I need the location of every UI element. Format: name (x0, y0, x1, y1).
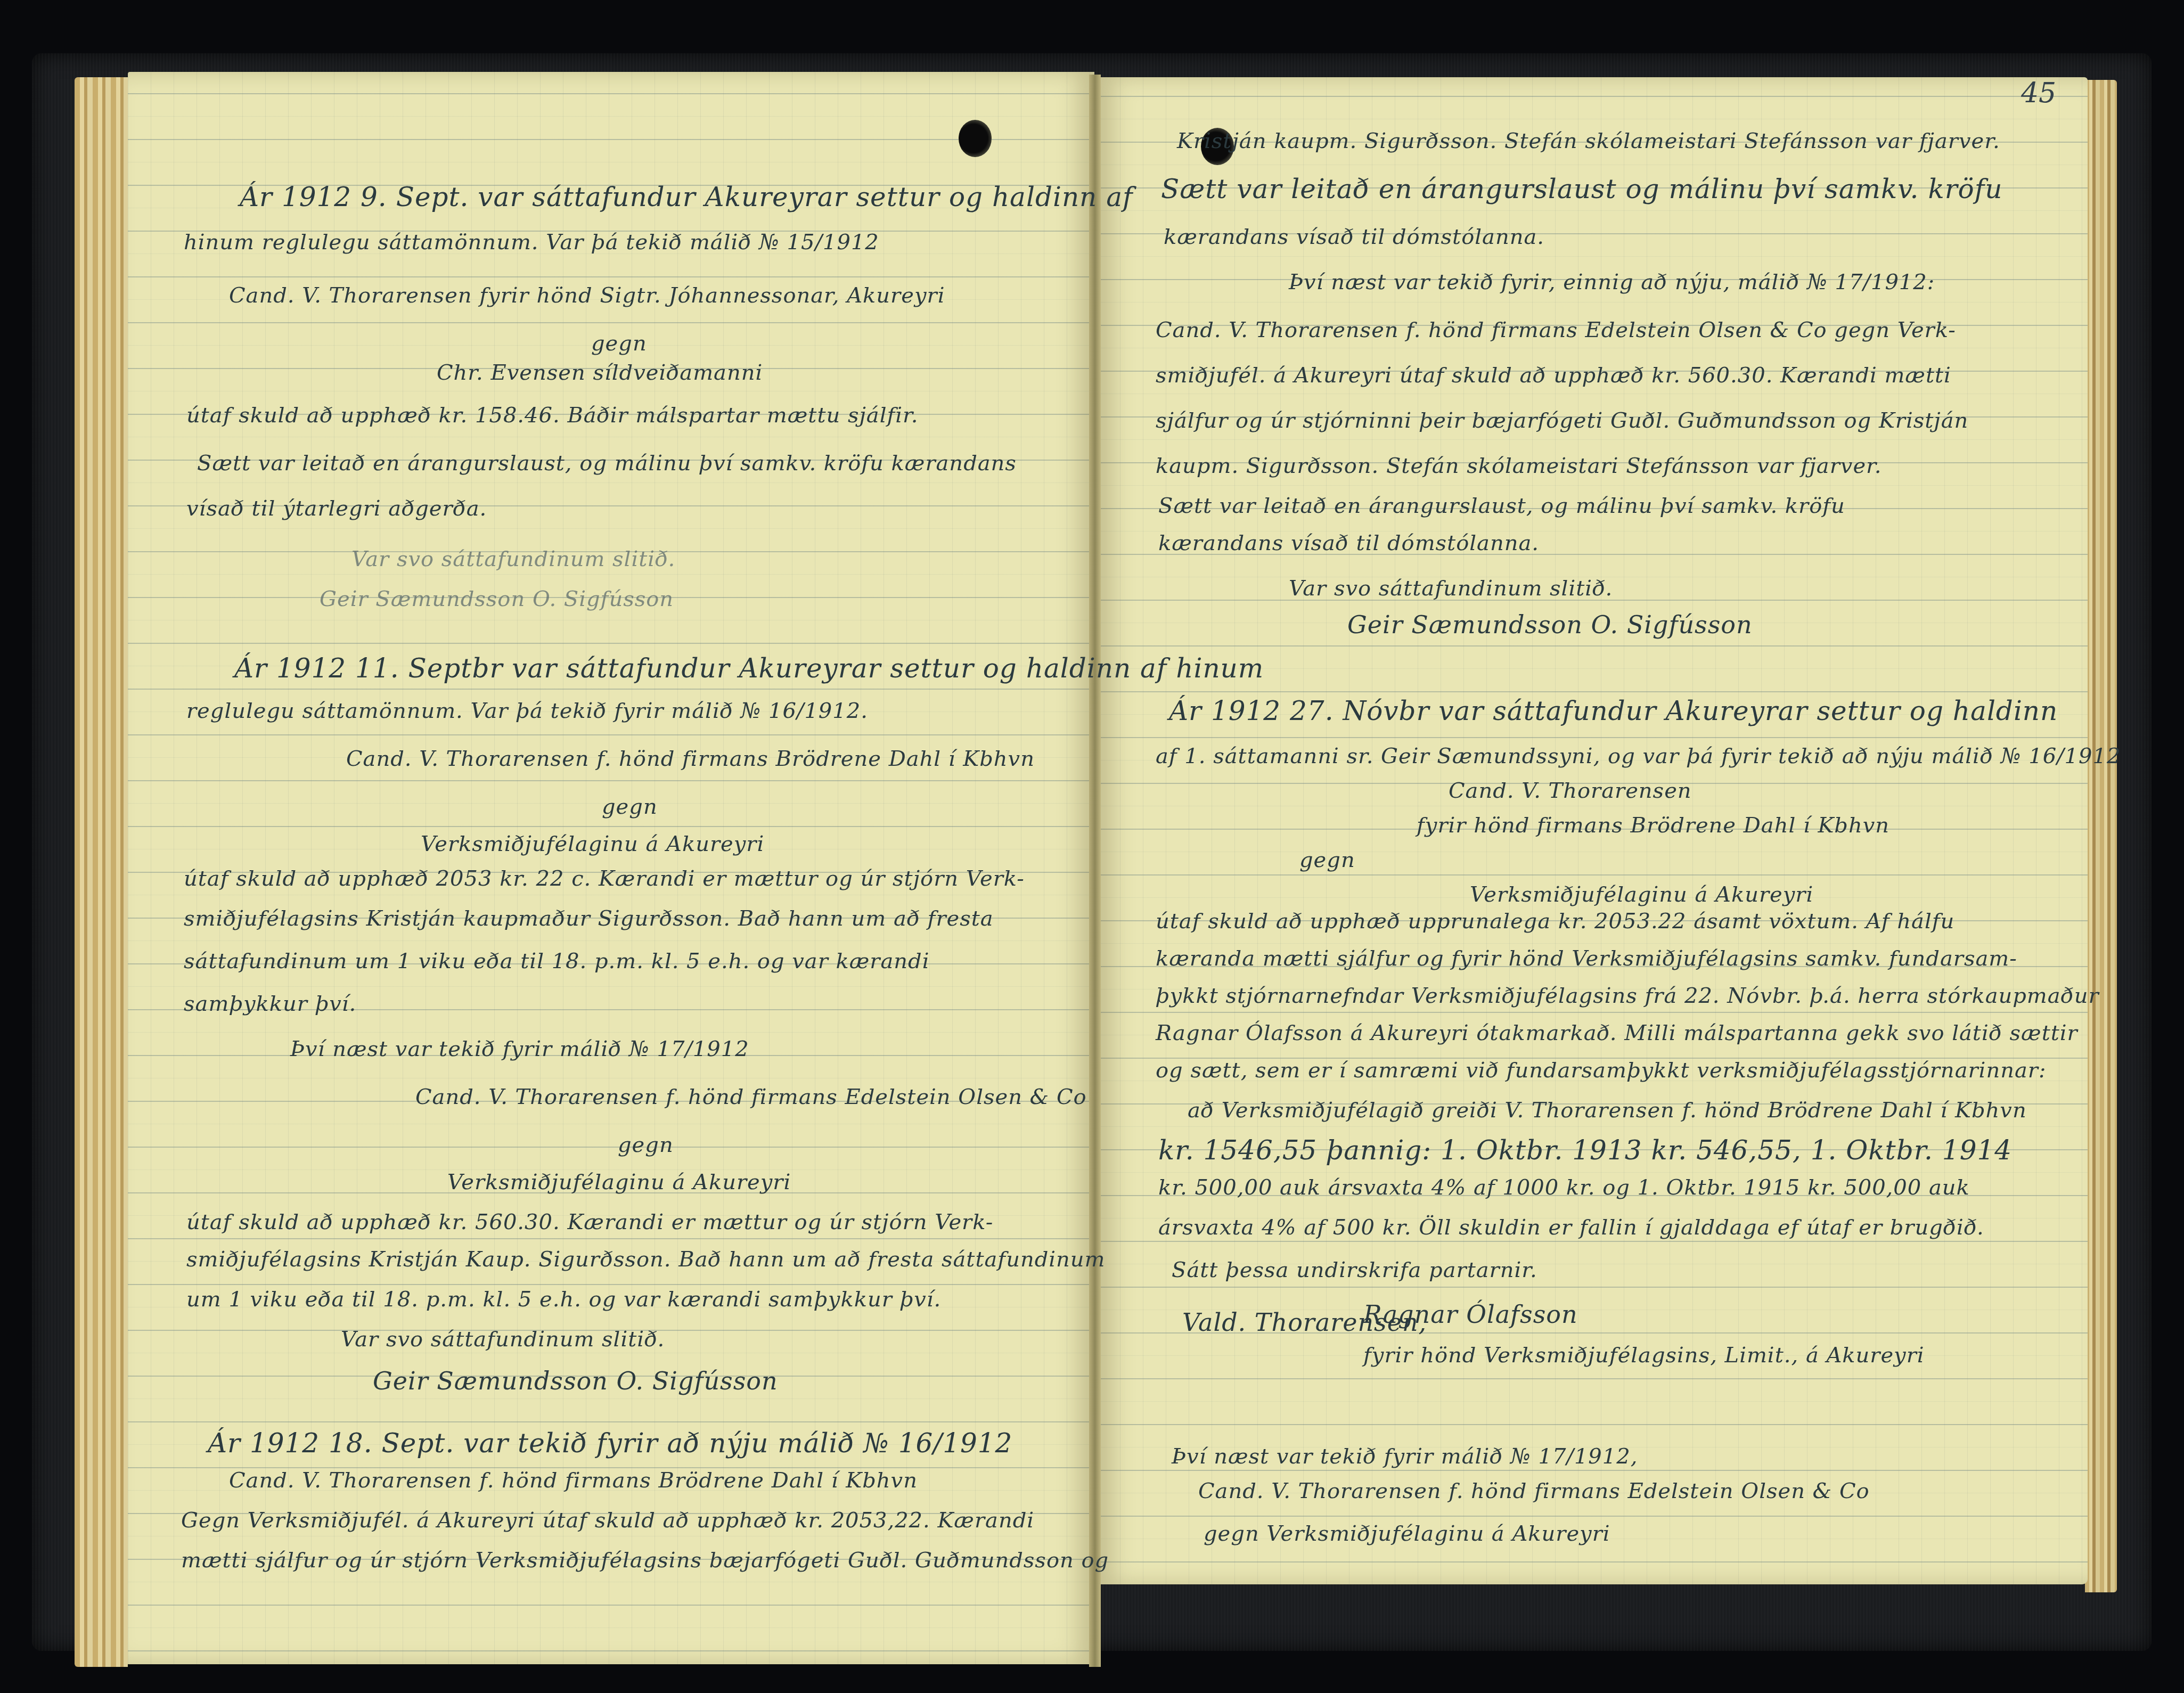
handwritten-line: Ár 1912 18. Sept. var tekið fyrir að nýj… (208, 1430, 1012, 1457)
handwritten-line: Sætt var leitað en árangurslaust og máli… (1161, 176, 2002, 202)
handwritten-line: ársvaxta 4% af 500 kr. Öll skuldin er fa… (1158, 1217, 1984, 1238)
handwritten-line: smiðjufélagsins Kristján Kaup. Sigurðsso… (186, 1249, 1106, 1270)
handwritten-line: kaupm. Sigurðsson. Stefán skólameistari … (1156, 455, 1882, 477)
handwritten-line: mætti sjálfur og úr stjórn Verksmiðjufél… (181, 1550, 1109, 1571)
handwritten-line: Sætt var leitað en árangurslaust, og mál… (1158, 495, 1845, 517)
handwritten-line: þykkt stjórnarnefndar Verksmiðjufélagsin… (1156, 985, 2099, 1007)
handwritten-line: Geir Sæmundsson O. Sigfússon (320, 588, 674, 610)
punch-hole-left (959, 120, 992, 157)
handwritten-line: Var svo sáttafundinum slitið. (341, 1329, 665, 1350)
handwritten-line: Gegn Verksmiðjufél. á Akureyri útaf skul… (181, 1510, 1034, 1531)
handwritten-line: Cand. V. Thorarensen f. hönd firmans Brö… (346, 748, 1035, 770)
handwritten-line: kærandans vísað til dómstólanna. (1158, 533, 1539, 554)
handwritten-line: gegn (618, 1134, 674, 1156)
handwritten-line: Ár 1912 9. Sept. var sáttafundur Akureyr… (240, 184, 1133, 210)
handwritten-line: kærandans vísað til dómstólanna. (1164, 226, 1544, 248)
handwritten-line: sjálfur og úr stjórninni þeir bæjarfóget… (1156, 410, 1968, 431)
page-edges-right (2085, 80, 2117, 1592)
signature-line: Ragnar Ólafsson (1363, 1302, 1578, 1327)
handwritten-line: og sætt, sem er í samræmi við fundarsamþ… (1156, 1060, 2046, 1081)
handwritten-line: reglulegu sáttamönnum. Var þá tekið fyri… (186, 700, 868, 722)
handwritten-line: útaf skuld að upphæð 2053 kr. 22 c. Kæra… (184, 868, 1025, 889)
page-number: 45 (2021, 77, 2056, 109)
handwritten-line: Cand. V. Thorarensen f. hönd firmans Brö… (229, 1470, 918, 1491)
handwritten-line: Því næst var tekið fyrir, einnig að nýju… (1289, 272, 1935, 293)
book-gutter (1089, 75, 1101, 1667)
handwritten-line: Ár 1912 27. Nóvbr var sáttafundur Akurey… (1169, 698, 2058, 724)
handwritten-line: útaf skuld að upphæð kr. 560.30. Kærandi… (186, 1212, 993, 1233)
handwritten-line: sáttafundinum um 1 viku eða til 18. p.m.… (184, 951, 930, 972)
handwritten-line: gegn Verksmiðjufélaginu á Akureyri (1204, 1523, 1610, 1544)
handwritten-line: gegn (1299, 849, 1355, 871)
handwritten-line: kr. 1546,55 þannig: 1. Oktbr. 1913 kr. 5… (1158, 1137, 2012, 1164)
handwritten-line: vísað til ýtarlegri aðgerða. (186, 498, 487, 519)
handwritten-line: Ár 1912 11. Septbr var sáttafundur Akure… (234, 655, 1264, 682)
handwritten-line: Sætt var leitað en árangurslaust, og mál… (197, 453, 1017, 474)
handwritten-line: Því næst var tekið fyrir málið № 17/1912 (290, 1038, 749, 1060)
handwritten-line: Því næst var tekið fyrir málið № 17/1912… (1172, 1446, 1638, 1467)
signature-line: Geir Sæmundsson O. Sigfússon (1347, 612, 1753, 637)
handwritten-line: fyrir hönd firmans Brödrene Dahl í Kbhvn (1417, 815, 1889, 836)
signature-line: Geir Sæmundsson O. Sigfússon (373, 1369, 778, 1393)
handwritten-line: kr. 500,00 auk ársvaxta 4% af 1000 kr. o… (1158, 1177, 1970, 1198)
handwritten-line: að Verksmiðjufélagið greiði V. Thorarens… (1188, 1100, 2027, 1121)
handwritten-line: Cand. V. Thorarensen (1449, 780, 1692, 801)
handwritten-line: Ragnar Ólafsson á Akureyri ótakmarkað. M… (1156, 1023, 2078, 1044)
handwritten-line: Verksmiðjufélaginu á Akureyri (447, 1172, 791, 1193)
handwritten-line: Var svo sáttafundinum slitið. (1289, 578, 1613, 599)
handwritten-line: útaf skuld að upphæð kr. 158.46. Báðir m… (186, 405, 919, 426)
handwritten-line: Cand. V. Thorarensen f. hönd firmans Ede… (1198, 1481, 1870, 1502)
handwritten-line: Verksmiðjufélaginu á Akureyri (1470, 884, 1813, 905)
handwritten-line: gegn (591, 333, 647, 354)
page-edges-left (75, 77, 128, 1667)
handwritten-line: Verksmiðjufélaginu á Akureyri (421, 833, 764, 855)
handwritten-line: samþykkur því. (184, 993, 356, 1015)
handwritten-line: Kristján kaupm. Sigurðsson. Stefán skóla… (1177, 130, 2000, 152)
handwritten-line: Cand. V. Thorarensen fyrir hönd Sigtr. J… (229, 285, 945, 306)
handwritten-line: smiðjufélagsins Kristján kaupmaður Sigur… (184, 908, 994, 929)
handwritten-line: Cand. V. Thorarensen f. hönd firmans Ede… (1156, 320, 1956, 341)
handwritten-line: Sátt þessa undirskrifa partarnir. (1172, 1259, 1537, 1281)
handwritten-line: kæranda mætti sjálfur og fyrir hönd Verk… (1156, 948, 2017, 969)
handwritten-line: Chr. Evensen síldveiðamanni (437, 362, 763, 383)
handwritten-line: gegn (602, 796, 658, 817)
handwritten-line: Var svo sáttafundinum slitið. (351, 549, 675, 570)
handwritten-line: Cand. V. Thorarensen f. hönd firmans Ede… (415, 1086, 1087, 1108)
handwritten-line: útaf skuld að upphæð upprunalega kr. 205… (1156, 911, 1954, 932)
handwritten-line: af 1. sáttamanni sr. Geir Sæmundssyni, o… (1156, 746, 2121, 767)
handwritten-line: smiðjufél. á Akureyri útaf skuld að upph… (1156, 365, 1951, 386)
handwritten-line: fyrir hönd Verksmiðjufélagsins, Limit., … (1363, 1345, 1925, 1366)
handwritten-line: um 1 viku eða til 18. p.m. kl. 5 e.h. og… (186, 1289, 941, 1310)
handwritten-line: hinum reglulegu sáttamönnum. Var þá teki… (184, 232, 879, 253)
